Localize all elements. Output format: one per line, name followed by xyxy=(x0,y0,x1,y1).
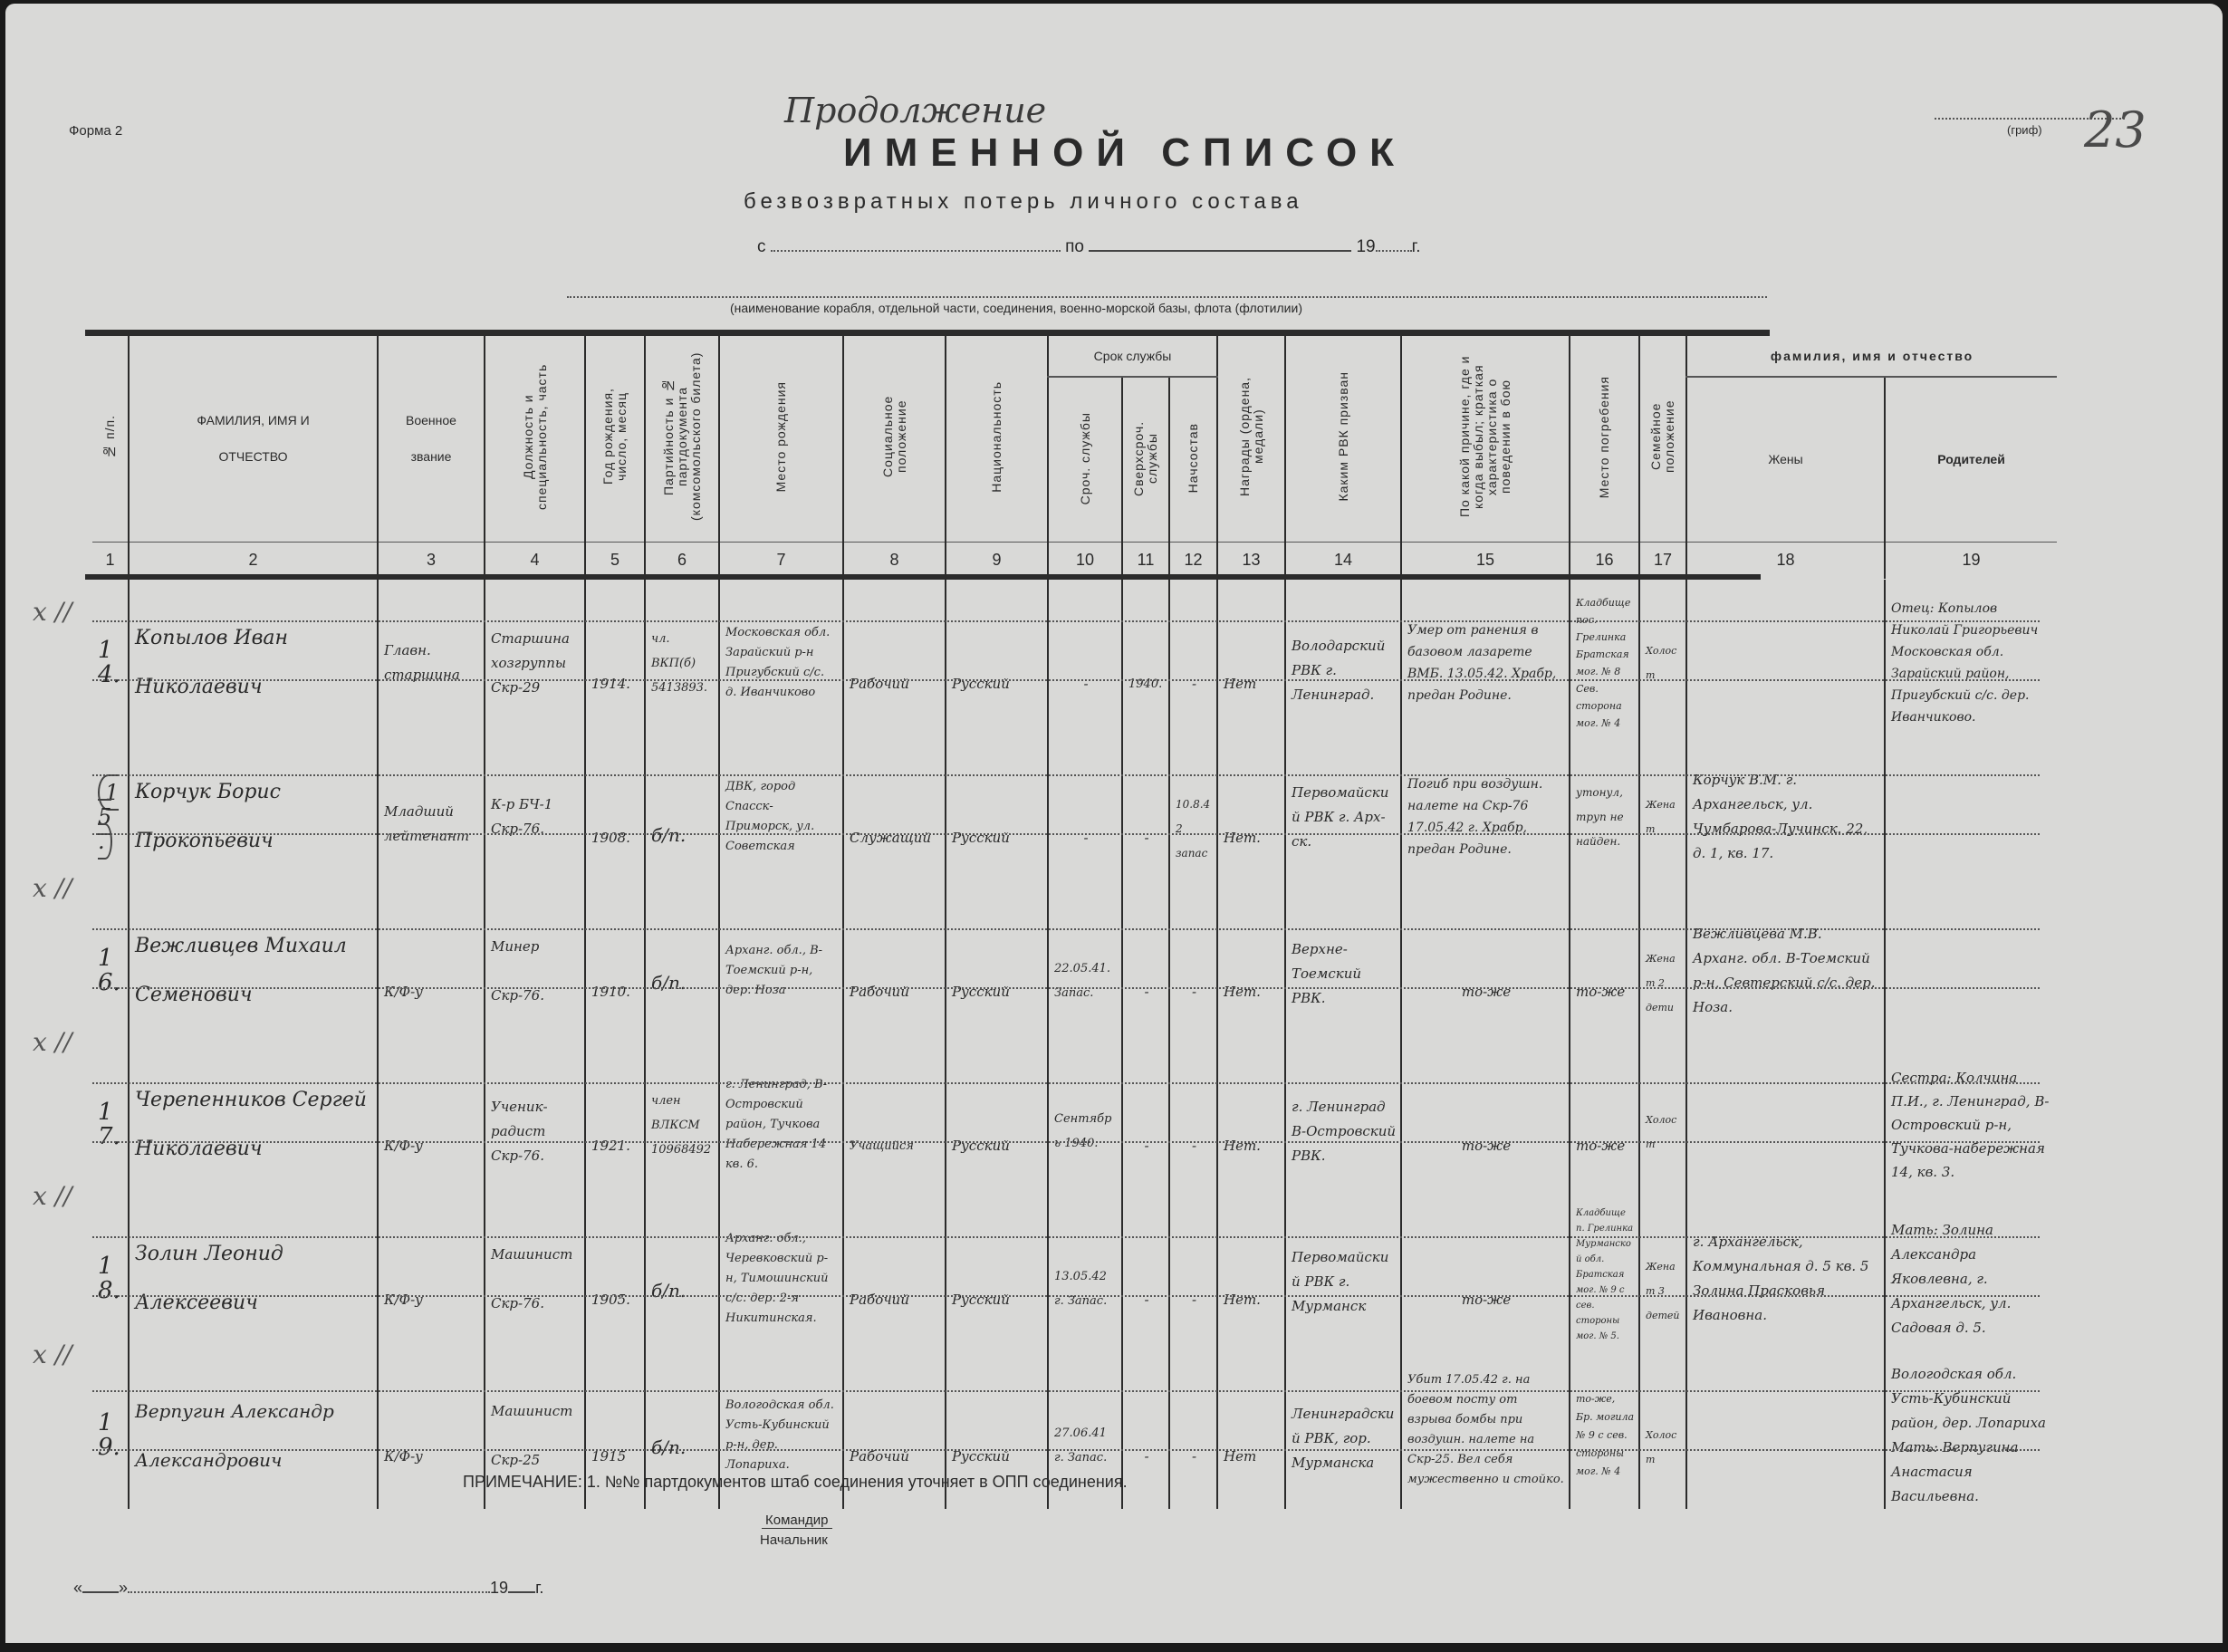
col-num: 15 xyxy=(1401,542,1570,579)
cell-family-status: Холост xyxy=(1639,1349,1686,1509)
cell-party: член ВЛКСМ 10968492 xyxy=(645,1042,719,1196)
col-num: 10 xyxy=(1048,542,1122,579)
cell-sverh: - xyxy=(1122,1349,1169,1509)
margin-mark: x // xyxy=(33,1340,72,1369)
cell-parents: Сестра: Колчина П.И., г. Ленинград, В-Ос… xyxy=(1885,1042,2057,1196)
col-num: 17 xyxy=(1639,542,1686,579)
cell-parents: Мать: Золина Александра Яковлевна, г. Ар… xyxy=(1885,1196,2057,1349)
cell-burial: то-же, Бр. могила № 9 с сев. стороны мог… xyxy=(1570,1349,1639,1509)
cell-reason: Убит 17.05.42 г. на боевом посту от взры… xyxy=(1401,1349,1570,1509)
col-num: 9 xyxy=(946,542,1048,579)
cell-sverh: - xyxy=(1122,1042,1169,1196)
unit-name-line xyxy=(567,296,1767,298)
cell-reason: Погиб при воздушн. налете на Скр-76 17.0… xyxy=(1401,734,1570,888)
cell-position: Ученик-радист Скр-76. xyxy=(485,1042,585,1196)
cell-rvk: Володарский РВК г. Ленинград. xyxy=(1285,580,1401,734)
cell-nach: - xyxy=(1169,1042,1217,1196)
period-to-label: по xyxy=(1065,237,1084,256)
cell-nach: - xyxy=(1169,580,1217,734)
cell-name: Золин Леонид Алексеевич xyxy=(129,1196,378,1349)
cell-nach: - xyxy=(1169,1349,1217,1509)
col-header-12: Начсостав xyxy=(1169,377,1217,542)
cell-parents xyxy=(1885,888,2057,1042)
unit-caption: (наименование корабля, отдельной части, … xyxy=(730,301,1302,315)
cell-birth: 1905. xyxy=(585,1196,645,1349)
cell-party: б/п. xyxy=(645,888,719,1042)
col-num: 1 xyxy=(92,542,129,579)
col-header-1: № п/п. xyxy=(92,335,129,542)
cell-social: Рабочий xyxy=(843,1196,946,1349)
cell-birthplace: ДВК, город Спасск-Приморск, ул. Советска… xyxy=(719,734,843,888)
cell-nationality: Русский xyxy=(946,1196,1048,1349)
cell-parents xyxy=(1885,734,2057,888)
col-header-14: Каким РВК призван xyxy=(1285,335,1401,542)
col-group-relatives: фамилия, имя и отчество xyxy=(1686,335,2057,377)
cell-burial: то-же xyxy=(1570,1042,1639,1196)
col-num: 5 xyxy=(585,542,645,579)
cell-name: Копылов Иван Николаевич xyxy=(129,580,378,734)
cell-family-status: Холост xyxy=(1639,1042,1686,1196)
cell-srok: 22.05.41. Запас. xyxy=(1048,888,1122,1042)
col-group-service-term: Срок службы xyxy=(1048,335,1217,377)
cell-srok: 13.05.42 г. Запас. xyxy=(1048,1196,1122,1349)
table-row: 14. Копылов Иван Николаевич Главн. старш… xyxy=(92,580,2057,734)
cell-wife xyxy=(1686,1042,1885,1196)
cell-rank: К/Ф-у xyxy=(378,888,485,1042)
col-header-8: Социальное положение xyxy=(843,335,946,542)
col-num: 18 xyxy=(1686,542,1885,579)
casualty-table: № п/п. ФАМИЛИЯ, ИМЯ И ОТЧЕСТВО Военное з… xyxy=(92,335,2057,579)
casualty-rows: 14. Копылов Иван Николаевич Главн. старш… xyxy=(92,580,2057,1509)
cell-parents: Вологодская обл. Усть-Кубинский район, д… xyxy=(1885,1349,2057,1509)
margin-mark: x // xyxy=(33,597,72,627)
cell-burial: Кладбище пос. Грелинка Братская мог. № 8… xyxy=(1570,580,1639,734)
cell-rank: Младший лейтенант xyxy=(378,734,485,888)
cell-birth: 1914. xyxy=(585,580,645,734)
margin-mark: x // xyxy=(33,1181,72,1211)
cell-social: Учащийся xyxy=(843,1042,946,1196)
cell-sverh: - xyxy=(1122,1196,1169,1349)
footer-note: ПРИМЕЧАНИЕ: 1. №№ партдокументов штаб со… xyxy=(463,1473,1128,1492)
col-num: 7 xyxy=(719,542,843,579)
margin-mark: x // xyxy=(33,873,72,903)
cell-reason: то-же xyxy=(1401,888,1570,1042)
cell-nach: - xyxy=(1169,888,1217,1042)
cell-position: Машинист Скр-76. xyxy=(485,1196,585,1349)
table-row: 17. Черепенников Сергей Николаевич К/Ф-у… xyxy=(92,1042,2057,1196)
cell-awards: Нет. xyxy=(1217,888,1285,1042)
cell-family-status: Холост xyxy=(1639,580,1686,734)
cell-awards: Нет. xyxy=(1217,1042,1285,1196)
cell-nationality: Русский xyxy=(946,734,1048,888)
cell-wife: г. Архангельск, Коммунальная д. 5 кв. 5 … xyxy=(1686,1196,1885,1349)
col-header-16: Место погребения xyxy=(1570,335,1639,542)
cell-nationality: Русский xyxy=(946,1042,1048,1196)
continuation-note: Продолжение xyxy=(784,91,1046,130)
cell-rvk: Первомайский РВК г. Арх-ск. xyxy=(1285,734,1401,888)
cell-position: Минер Скр-76. xyxy=(485,888,585,1042)
date-close-quote: » xyxy=(119,1579,128,1597)
table-row: 15. Корчук Борис Прокопьевич Младший лей… xyxy=(92,734,2057,888)
cell-party: чл. ВКП(б) 5413893. xyxy=(645,580,719,734)
cell-rank: К/Ф-у xyxy=(378,1042,485,1196)
cell-rvk: г. Ленинград В-Островский РВК. xyxy=(1285,1042,1401,1196)
cell-sverh: - xyxy=(1122,734,1169,888)
cell-wife: Вежливцева М.В. Арханг. обл. В-Тоемский … xyxy=(1686,888,1885,1042)
cell-nationality: Русский xyxy=(946,580,1048,734)
cell-social: Служащий xyxy=(843,734,946,888)
cell-birthplace: Московская обл. Зарайский р-н Пригубский… xyxy=(719,580,843,734)
cell-srok: - xyxy=(1048,580,1122,734)
cell-birth: 1908. xyxy=(585,734,645,888)
cell-name: Черепенников Сергей Николаевич xyxy=(129,1042,378,1196)
cell-awards: Нет xyxy=(1217,580,1285,734)
document-title: ИМЕННОЙ СПИСОК xyxy=(843,130,1407,176)
col-header-13: Награды (ордена, медали) xyxy=(1217,335,1285,542)
footer-date: «»19г. xyxy=(73,1579,543,1598)
col-header-10: Сроч. службы xyxy=(1048,377,1122,542)
margin-mark: x // xyxy=(33,1027,72,1057)
col-num: 19 xyxy=(1885,542,2057,579)
cell-burial: утонул, труп не найден. xyxy=(1570,734,1639,888)
col-num: 14 xyxy=(1285,542,1401,579)
cell-awards: Нет. xyxy=(1217,1196,1285,1349)
cell-birth: 1910. xyxy=(585,888,645,1042)
col-num: 8 xyxy=(843,542,946,579)
col-header-5: Год рождения, число, месяц xyxy=(585,335,645,542)
cell-rvk: Ленинградский РВК, гор. Мурманска xyxy=(1285,1349,1401,1509)
period-from-label: с xyxy=(757,237,766,256)
cell-awards: Нет. xyxy=(1217,734,1285,888)
cell-sverh: 1940. xyxy=(1122,580,1169,734)
cell-family-status: Женат 2 дети xyxy=(1639,888,1686,1042)
cell-reason: Умер от ранения в базовом лазарете ВМБ. … xyxy=(1401,580,1570,734)
cell-social: Рабочий xyxy=(843,580,946,734)
classification-caption: (гриф) xyxy=(2007,123,2042,137)
cell-family-status: Женат xyxy=(1639,734,1686,888)
cell-reason: то-же xyxy=(1401,1196,1570,1349)
col-header-3: Военное звание xyxy=(378,335,485,542)
period-line: с по 19г. xyxy=(757,237,1421,257)
col-header-18: Жены xyxy=(1686,377,1885,542)
row-number: 14. xyxy=(92,580,129,734)
col-header-9: Национальность xyxy=(946,335,1048,542)
cell-parents: Отец: Копылов Николай Григорьевич Москов… xyxy=(1885,580,2057,734)
col-header-11: Сверхсроч. службы xyxy=(1122,377,1169,542)
row-number: 16. xyxy=(92,888,129,1042)
cell-srok: Сентябрь 1940. xyxy=(1048,1042,1122,1196)
cell-birthplace: г. Ленинград, В-Островский район, Тучков… xyxy=(719,1042,843,1196)
col-num: 16 xyxy=(1570,542,1639,579)
cell-social: Рабочий xyxy=(843,888,946,1042)
cell-birthplace: Арханг. обл., Черевковский р-н, Тимошинс… xyxy=(719,1196,843,1349)
cell-name: Вежливцев Михаил Семенович xyxy=(129,888,378,1042)
table-row: 18. Золин Леонид Алексеевич К/Ф-у Машини… xyxy=(92,1196,2057,1349)
row-number: 15. xyxy=(92,734,129,888)
cell-burial: Кладбище п. Грелинка Мурманской обл. Бра… xyxy=(1570,1196,1639,1349)
col-num: 13 xyxy=(1217,542,1285,579)
cell-wife xyxy=(1686,1349,1885,1509)
cell-burial: то-же xyxy=(1570,888,1639,1042)
cell-srok: - xyxy=(1048,734,1122,888)
page-number: 23 xyxy=(2084,101,2146,158)
cell-wife xyxy=(1686,580,1885,734)
col-num: 11 xyxy=(1122,542,1169,579)
cell-wife: Корчук В.М. г. Архангельск, ул. Чумбаров… xyxy=(1686,734,1885,888)
cell-birth: 1921. xyxy=(585,1042,645,1196)
col-header-19: Родителей xyxy=(1885,377,2057,542)
period-year-suffix: г. xyxy=(1412,237,1421,256)
col-header-17: Семейное положение xyxy=(1639,335,1686,542)
cell-rank: К/Ф-у xyxy=(378,1196,485,1349)
column-number-row: 1 2 3 4 5 6 7 8 9 10 11 12 13 14 15 16 1… xyxy=(92,542,2057,579)
cell-nach: 10.8.42 запас xyxy=(1169,734,1217,888)
cell-rvk: Верхне-Тоемский РВК. xyxy=(1285,888,1401,1042)
cell-name: Корчук Борис Прокопьевич xyxy=(129,734,378,888)
cell-nationality: Русский xyxy=(946,888,1048,1042)
cell-rvk: Первомайский РВК г. Мурманск xyxy=(1285,1196,1401,1349)
cell-party: б/п. xyxy=(645,1196,719,1349)
commander-label: Командир xyxy=(762,1513,832,1529)
cell-position: Старшина хозгруппы Скр-29 xyxy=(485,580,585,734)
col-num: 12 xyxy=(1169,542,1217,579)
col-num: 4 xyxy=(485,542,585,579)
date-open-quote: « xyxy=(73,1579,82,1597)
cell-birthplace: Арханг. обл., В-Тоемский р-н, дер. Ноза xyxy=(719,888,843,1042)
form-label: Форма 2 xyxy=(69,123,122,139)
cell-nach: - xyxy=(1169,1196,1217,1349)
table-row: 16. Вежливцев Михаил Семенович К/Ф-у Мин… xyxy=(92,888,2057,1042)
document-subtitle: безвозвратных потерь личного состава xyxy=(744,189,1303,215)
cell-position: К-р БЧ-1 Скр-76. xyxy=(485,734,585,888)
row-number: 18. xyxy=(92,1196,129,1349)
cell-rank: Главн. старшина xyxy=(378,580,485,734)
col-num: 2 xyxy=(129,542,378,579)
chief-label: Начальник xyxy=(760,1532,828,1548)
row-number: 17. xyxy=(92,1042,129,1196)
period-year: 19 xyxy=(1356,237,1375,256)
cell-name: Верпугин Александр Александрович xyxy=(129,1349,378,1509)
document-page: Форма 2 (гриф) 23 Продолжение ИМЕННОЙ СП… xyxy=(5,4,2223,1643)
col-header-6: Партийность и № партдокумента (комсомоль… xyxy=(645,335,719,542)
col-header-2: ФАМИЛИЯ, ИМЯ И ОТЧЕСТВО xyxy=(129,335,378,542)
col-header-15: По какой причине, где и когда выбыл; кра… xyxy=(1401,335,1570,542)
col-num: 3 xyxy=(378,542,485,579)
date-suffix: г. xyxy=(535,1579,543,1597)
row-number: 19. xyxy=(92,1349,129,1509)
cell-party: б/п. xyxy=(645,734,719,888)
cell-family-status: Женат 3 детей xyxy=(1639,1196,1686,1349)
cell-awards: Нет xyxy=(1217,1349,1285,1509)
col-header-4: Должность и специальность, часть xyxy=(485,335,585,542)
cell-sverh: - xyxy=(1122,888,1169,1042)
col-header-7: Место рождения xyxy=(719,335,843,542)
date-year: 19 xyxy=(490,1579,508,1597)
col-num: 6 xyxy=(645,542,719,579)
cell-reason: то-же xyxy=(1401,1042,1570,1196)
